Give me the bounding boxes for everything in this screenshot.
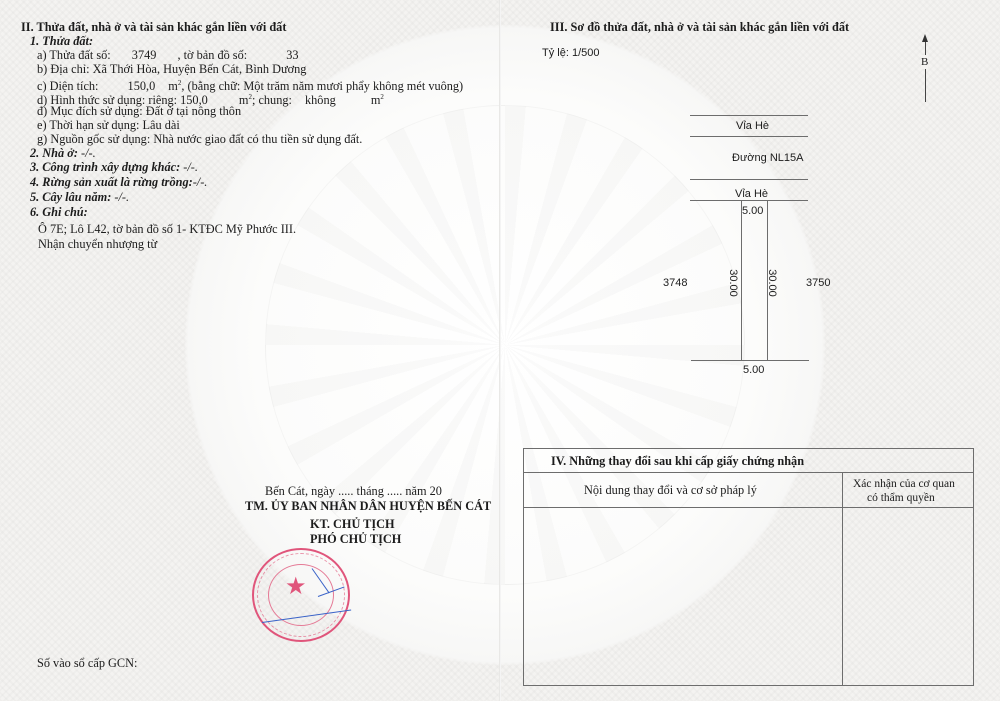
- notes-line-2: Nhận chuyển nhượng từ: [38, 237, 157, 251]
- purpose-value: Đất ở tại nông thôn: [146, 104, 241, 118]
- road-top-edge: [690, 136, 808, 137]
- left-length: 30.00: [726, 269, 740, 297]
- neighbor-right-parcel: 3750: [806, 276, 830, 290]
- house-row: 2. Nhà ở: -/-.: [30, 146, 96, 160]
- signer-role-1: KT. CHỦ TỊCH: [310, 517, 395, 531]
- col-header-change-content: Nội dung thay đổi và cơ sở pháp lý: [584, 483, 757, 497]
- parcel-left-edge: [741, 200, 742, 360]
- table-column-divider: [842, 472, 843, 685]
- map-sheet-number: 33: [286, 48, 298, 62]
- registry-number-label: Số vào sổ cấp GCN:: [37, 656, 137, 670]
- sidewalk-bottom-label: Vỉa Hè: [735, 187, 768, 201]
- purpose-label: đ) Mục đích sử dụng:: [37, 104, 143, 118]
- house-value: -/-.: [81, 146, 96, 160]
- address-label: b) Địa chỉ:: [37, 62, 90, 76]
- address-row: b) Địa chỉ: Xã Thới Hòa, Huyện Bến Cát, …: [37, 62, 306, 76]
- sidewalk-top-label: Vỉa Hè: [736, 119, 769, 133]
- purpose-row: đ) Mục đích sử dụng: Đất ở tại nông thôn: [37, 104, 241, 118]
- table-header-divider: [524, 507, 973, 508]
- parcel-number-label: a) Thửa đất số:: [37, 48, 111, 62]
- table-divider: [524, 472, 973, 473]
- notes-line-1: Ô 7E; Lô L42, tờ bản đồ số 1- KTĐC Mỹ Ph…: [38, 222, 296, 236]
- section-iii-title: III. Sơ đồ thửa đất, nhà ở và tài sản kh…: [550, 20, 849, 34]
- section-ii-title: II. Thửa đất, nhà ở và tài sản khác gắn …: [21, 20, 286, 34]
- issuing-authority: TM. ỦY BAN NHÂN DÂN HUYỆN BẾN CÁT: [245, 499, 491, 513]
- term-row: e) Thời hạn sử dụng: Lâu dài: [37, 118, 180, 132]
- origin-row: g) Nguồn gốc sử dụng: Nhà nước giao đất …: [37, 132, 362, 146]
- road-bottom-edge: [690, 179, 808, 180]
- perennial-value: -/-.: [114, 190, 129, 204]
- right-length: 30.00: [765, 269, 779, 297]
- road-name: Đường NL15A: [732, 151, 803, 165]
- changes-table-title: IV. Những thay đổi sau khi cấp giấy chứn…: [551, 454, 804, 468]
- term-value: Lâu dài: [143, 118, 180, 132]
- sidewalk-top-edge: [690, 115, 808, 116]
- neighbor-left-parcel: 3748: [663, 276, 687, 290]
- front-width: 5.00: [742, 204, 763, 218]
- usage-shared-label: ; chung:: [252, 93, 292, 107]
- notes-heading: 6. Ghi chú:: [30, 205, 88, 219]
- other-construction-value: -/-.: [183, 160, 198, 174]
- forest-value: -/-.: [193, 175, 208, 189]
- origin-label: g) Nguồn gốc sử dụng:: [37, 132, 150, 146]
- shared-unit: m: [371, 93, 381, 107]
- map-sheet-label: , tờ bản đồ số:: [177, 48, 247, 62]
- col-header-authority-line-1: Xác nhận của cơ quan: [853, 477, 955, 491]
- perennial-row: 5. Cây lâu năm: -/-.: [30, 190, 129, 204]
- other-construction-row: 3. Công trình xây dựng khác: -/-.: [30, 160, 198, 174]
- changes-table: IV. Những thay đổi sau khi cấp giấy chứn…: [523, 448, 974, 686]
- seal-star-icon: ★: [285, 572, 307, 601]
- col-header-authority-line-2: có thẩm quyền: [867, 491, 935, 505]
- signing-date-line: Bến Cát, ngày ..... tháng ..... năm 20: [265, 484, 442, 498]
- official-red-seal: ★: [252, 548, 350, 642]
- forest-row: 4. Rừng sản xuất là rừng trồng:-/-.: [30, 175, 207, 189]
- parcel-number: 3749: [132, 48, 157, 62]
- land-parcel-row: a) Thửa đất số: 3749 , tờ bản đồ số: 33: [37, 48, 299, 62]
- back-width: 5.00: [743, 363, 764, 377]
- north-arrow-icon: [925, 40, 926, 102]
- parcel-front-edge: [690, 200, 808, 201]
- address-value: Xã Thới Hòa, Huyện Bến Cát, Bình Dương: [93, 62, 307, 76]
- parcel-back-edge: [691, 360, 809, 361]
- usage-shared-value: không: [305, 93, 336, 107]
- forest-heading: 4. Rừng sản xuất là rừng trồng:: [30, 175, 193, 189]
- signer-role-2: PHÓ CHỦ TỊCH: [310, 532, 401, 546]
- origin-value: Nhà nước giao đất có thu tiền sử dụng đấ…: [153, 132, 362, 146]
- term-label: e) Thời hạn sử dụng:: [37, 118, 139, 132]
- perennial-heading: 5. Cây lâu năm:: [30, 190, 111, 204]
- other-construction-heading: 3. Công trình xây dựng khác:: [30, 160, 180, 174]
- land-heading: 1. Thửa đất:: [30, 34, 93, 48]
- map-scale: Tỷ lệ: 1/500: [542, 46, 599, 60]
- page-fold: [499, 0, 501, 701]
- shared-unit-sup: 2: [380, 93, 384, 101]
- north-label: B: [921, 55, 928, 69]
- house-heading: 2. Nhà ở:: [30, 146, 78, 160]
